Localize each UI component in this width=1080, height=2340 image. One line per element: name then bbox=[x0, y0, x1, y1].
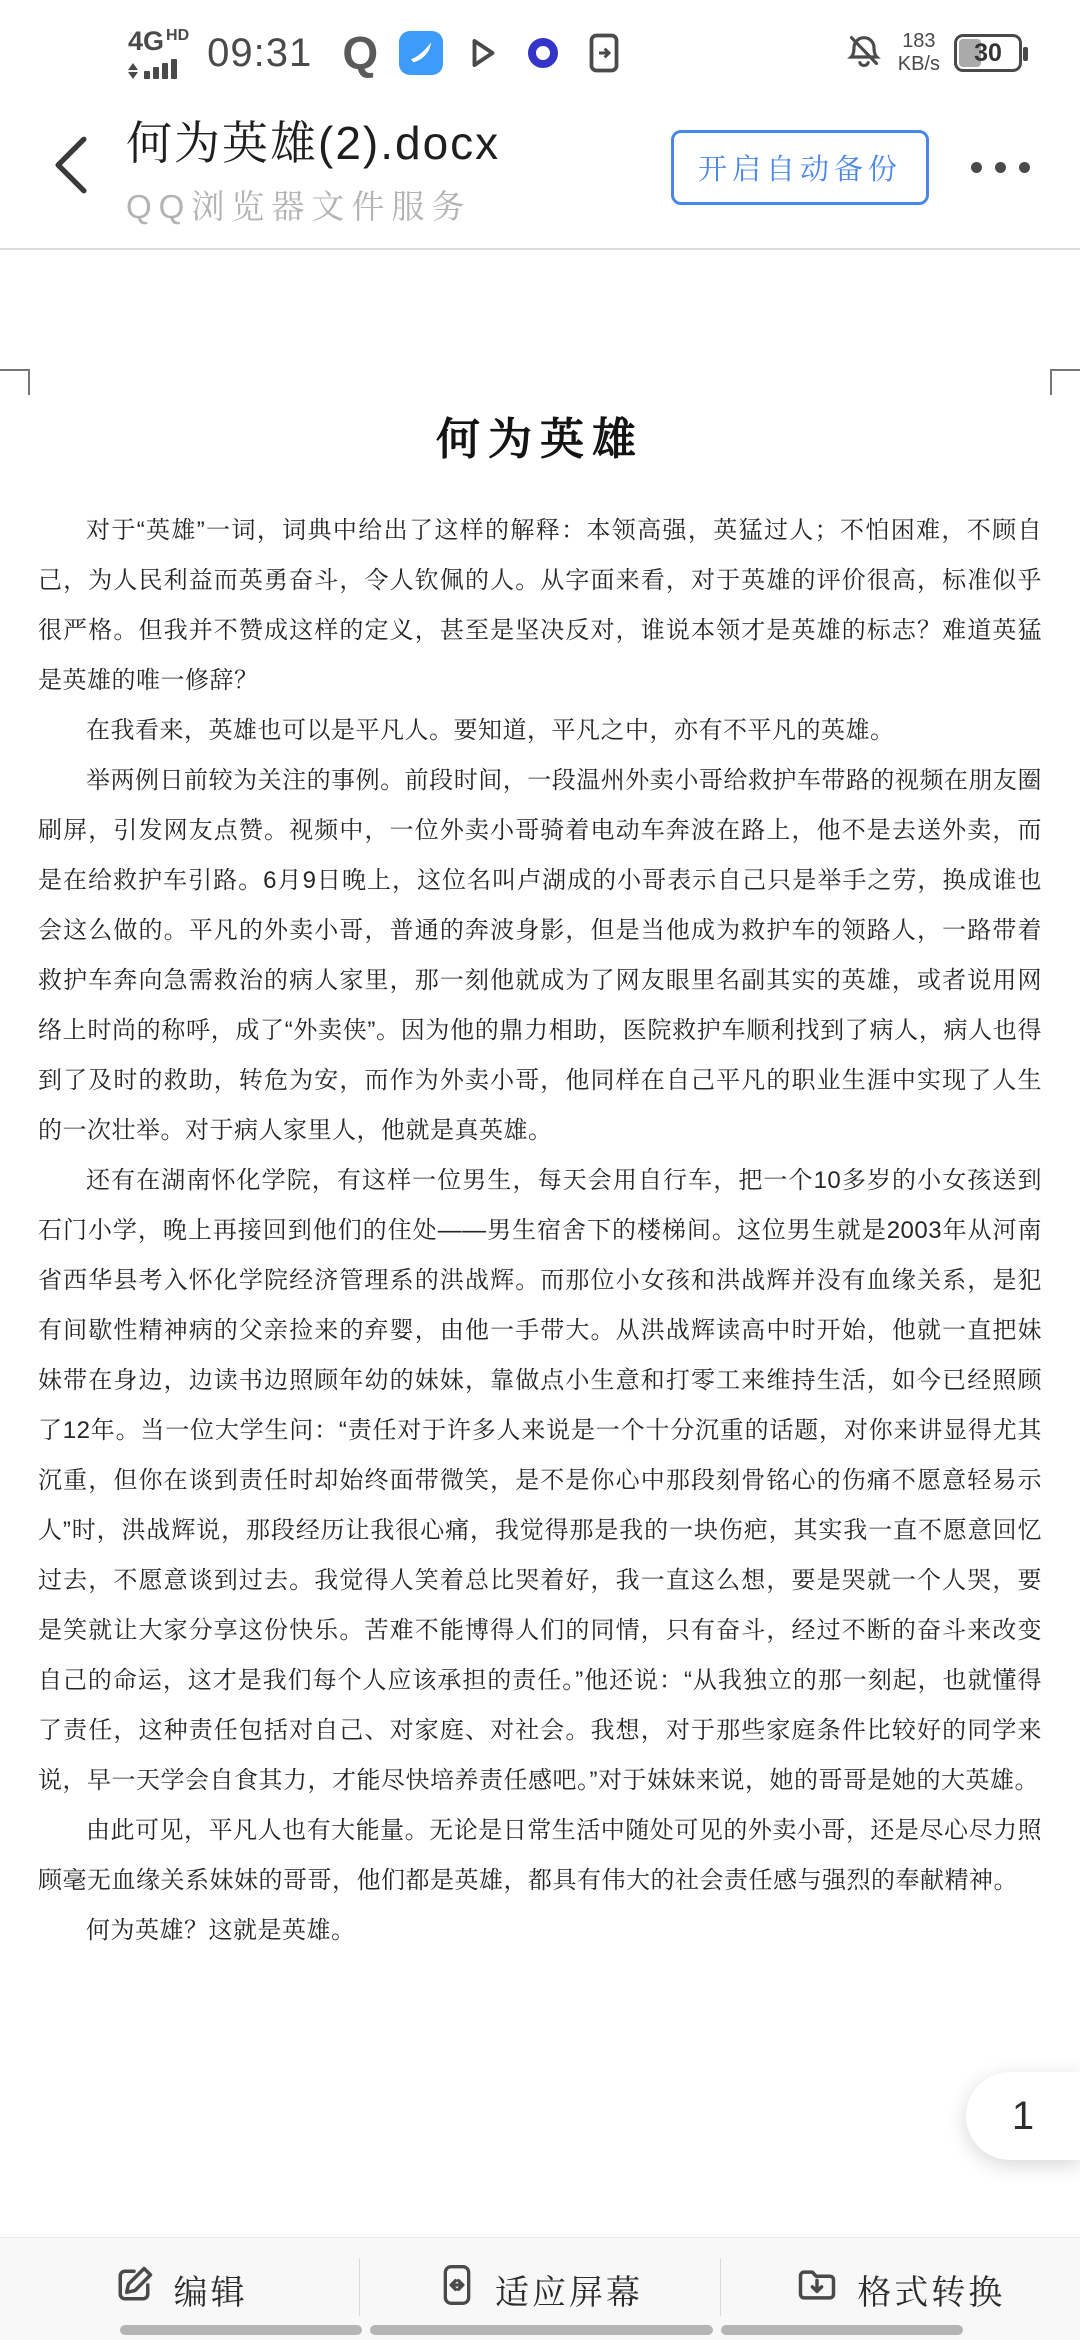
document-paragraph: 由此可见，平凡人也有大能量。无论是日常生活中随处可见的外卖小哥，还是尽心尽力照顾… bbox=[38, 1806, 1042, 1906]
edit-label: 编辑 bbox=[174, 2265, 248, 2314]
document-paragraph: 举两例日前较为关注的事例。前段时间，一段温州外卖小哥给救护车带路的视频在朋友圈刷… bbox=[38, 756, 1042, 1156]
document-page: 何为英雄 对于“英雄”一词，词典中给出了这样的解释：本领高强，英猛过人；不怕困难… bbox=[0, 250, 1080, 1956]
fit-screen-icon bbox=[437, 2263, 477, 2316]
auto-backup-button[interactable]: 开启自动备份 bbox=[671, 130, 929, 205]
data-transfer-arrows-icon bbox=[128, 63, 138, 79]
qq-app-icon: Q bbox=[338, 31, 382, 75]
network-hd-badge: HD bbox=[166, 28, 189, 44]
bottom-toolbar: 编辑 适应屏幕 格式转换 bbox=[0, 2238, 1080, 2340]
phone-screen: 4G HD 09:31 Q bbox=[0, 0, 1080, 2340]
battery-icon: 30 bbox=[954, 34, 1022, 72]
edit-icon bbox=[112, 2263, 156, 2316]
file-name: 何为英雄(2).docx bbox=[126, 107, 500, 173]
fit-screen-label: 适应屏幕 bbox=[495, 2265, 643, 2314]
file-title-block: 何为英雄(2).docx QQ浏览器文件服务 bbox=[126, 107, 500, 228]
page-corner-mark-right bbox=[1050, 369, 1080, 395]
play-app-icon bbox=[460, 31, 504, 75]
format-convert-icon bbox=[795, 2263, 839, 2316]
speed-unit: KB/s bbox=[898, 53, 940, 76]
battery-percent: 30 bbox=[957, 37, 1019, 69]
more-menu-button[interactable] bbox=[971, 162, 1030, 173]
document-paragraph: 何为英雄？这就是英雄。 bbox=[38, 1906, 1042, 1956]
document-viewer[interactable]: 何为英雄 对于“英雄”一词，词典中给出了这样的解释：本领高强，英猛过人；不怕困难… bbox=[0, 250, 1080, 2238]
notifications-muted-icon bbox=[844, 31, 884, 76]
app-header: 何为英雄(2).docx QQ浏览器文件服务 开启自动备份 bbox=[0, 92, 1080, 250]
notification-icons: Q bbox=[338, 31, 626, 75]
format-convert-label: 格式转换 bbox=[857, 2265, 1005, 2314]
clock: 09:31 bbox=[207, 31, 312, 76]
page-number-pill[interactable]: 1 bbox=[966, 2072, 1080, 2160]
network-speed: 183 KB/s bbox=[898, 30, 940, 76]
speed-value: 183 bbox=[902, 30, 935, 53]
back-button[interactable] bbox=[50, 135, 92, 200]
document-paragraph: 还有在湖南怀化学院，有这样一位男生，每天会用自行车，把一个10多岁的小女孩送到石… bbox=[38, 1156, 1042, 1806]
page-corner-mark-left bbox=[0, 369, 30, 395]
document-title: 何为英雄 bbox=[38, 418, 1042, 462]
service-subtitle: QQ浏览器文件服务 bbox=[126, 181, 500, 228]
phone-app-icon bbox=[582, 31, 626, 75]
status-bar: 4G HD 09:31 Q bbox=[0, 0, 1080, 92]
wing-app-icon bbox=[399, 31, 443, 75]
document-paragraph: 在我看来，英雄也可以是平凡人。要知道，平凡之中，亦有不平凡的英雄。 bbox=[38, 706, 1042, 756]
ring-app-icon bbox=[521, 31, 565, 75]
document-paragraph: 对于“英雄”一词，词典中给出了这样的解释：本领高强，英猛过人；不怕困难，不顾自己… bbox=[38, 506, 1042, 706]
network-signal-icon: 4G HD bbox=[128, 28, 189, 79]
gesture-navigation-bar[interactable] bbox=[120, 2325, 963, 2335]
network-type-label: 4G bbox=[128, 28, 164, 55]
